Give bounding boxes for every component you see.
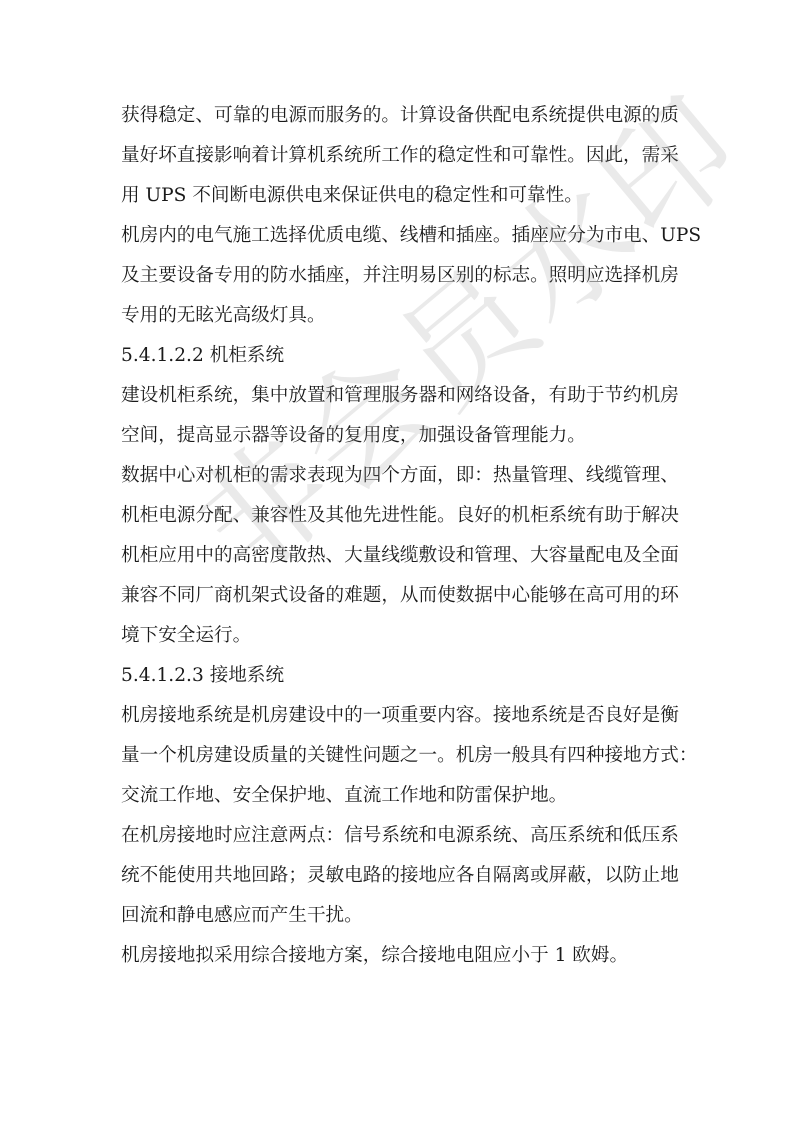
section-heading-cabinet-system: 5.4.1.2.2 机柜系统	[121, 338, 686, 378]
paragraph-line: 量好坏直接影响着计算机系统所工作的稳定性和可靠性。因此，需采	[121, 138, 686, 178]
paragraph-line: 专用的无眩光高级灯具。	[121, 298, 686, 338]
document-body: 获得稳定、可靠的电源而服务的。计算设备供配电系统提供电源的质 量好坏直接影响着计…	[121, 98, 686, 978]
section-heading-grounding-system: 5.4.1.2.3 接地系统	[121, 658, 686, 698]
paragraph-line: 机房接地拟采用综合接地方案，综合接地电阻应小于 1 欧姆。	[121, 938, 686, 978]
paragraph-line: 量一个机房建设质量的关键性问题之一。机房一般具有四种接地方式：	[121, 738, 686, 778]
paragraph-line: 机房接地系统是机房建设中的一项重要内容。接地系统是否良好是衡	[121, 698, 686, 738]
paragraph-line: 机柜应用中的高密度散热、大量线缆敷设和管理、大容量配电及全面	[121, 538, 686, 578]
paragraph-line: 空间，提高显示器等设备的复用度，加强设备管理能力。	[121, 418, 686, 458]
paragraph-line: 统不能使用共地回路；灵敏电路的接地应各自隔离或屏蔽，以防止地	[121, 858, 686, 898]
paragraph-line: 获得稳定、可靠的电源而服务的。计算设备供配电系统提供电源的质	[121, 98, 686, 138]
paragraph-line: 建设机柜系统，集中放置和管理服务器和网络设备，有助于节约机房	[121, 378, 686, 418]
paragraph-line: 回流和静电感应而产生干扰。	[121, 898, 686, 938]
paragraph-line: 用 UPS 不间断电源供电来保证供电的稳定性和可靠性。	[121, 178, 686, 218]
paragraph-line: 兼容不同厂商机架式设备的难题，从而使数据中心能够在高可用的环	[121, 578, 686, 618]
paragraph-line: 及主要设备专用的防水插座，并注明易区别的标志。照明应选择机房	[121, 258, 686, 298]
paragraph-line: 机房内的电气施工选择优质电缆、线槽和插座。插座应分为市电、UPS	[121, 218, 686, 258]
paragraph-line: 交流工作地、安全保护地、直流工作地和防雷保护地。	[121, 778, 686, 818]
paragraph-line: 机柜电源分配、兼容性及其他先进性能。良好的机柜系统有助于解决	[121, 498, 686, 538]
document-page: 获得稳定、可靠的电源而服务的。计算设备供配电系统提供电源的质 量好坏直接影响着计…	[0, 0, 793, 1122]
paragraph-line: 数据中心对机柜的需求表现为四个方面，即：热量管理、线缆管理、	[121, 458, 686, 498]
paragraph-line: 在机房接地时应注意两点：信号系统和电源系统、高压系统和低压系	[121, 818, 686, 858]
paragraph-line: 境下安全运行。	[121, 618, 686, 658]
